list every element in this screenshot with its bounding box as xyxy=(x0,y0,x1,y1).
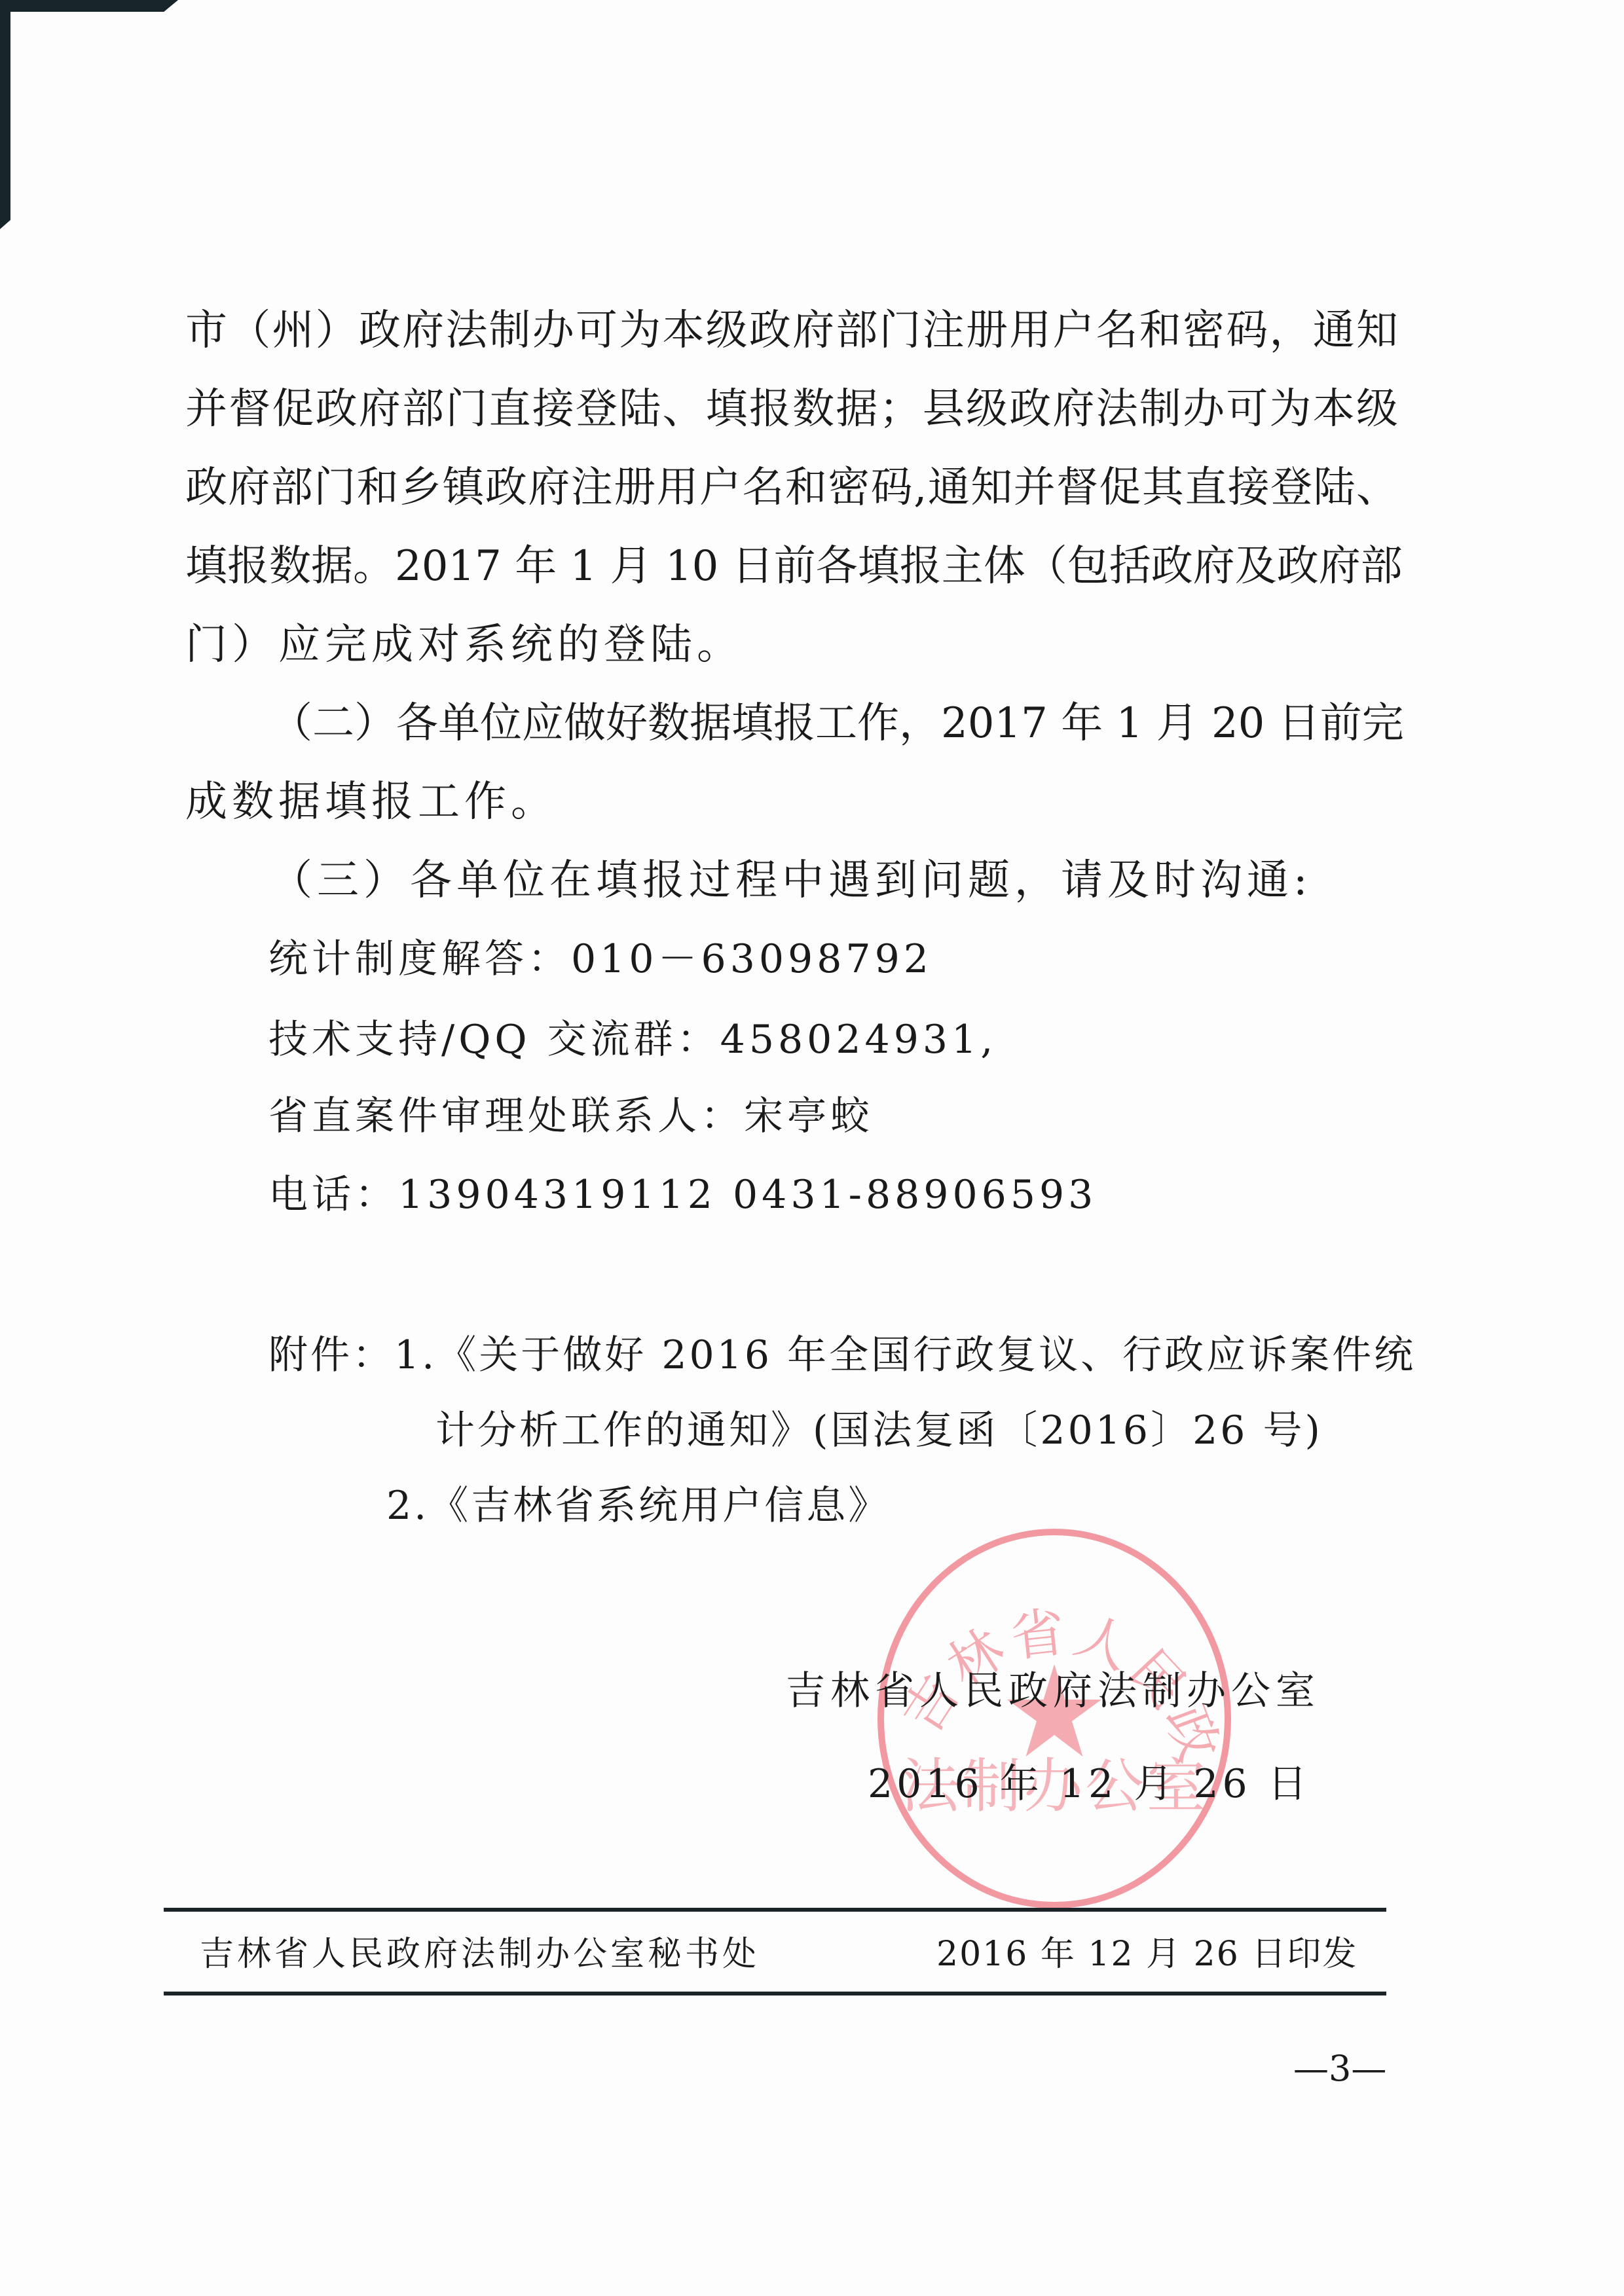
footer-top-rule xyxy=(164,1908,1386,1912)
body-line: 成数据填报工作。 xyxy=(185,776,557,828)
contact-stats-hotline: 统计制度解答：010－63098792 xyxy=(268,933,932,985)
attachment-item-2: 2.《吉林省系统用户信息》 xyxy=(386,1480,890,1532)
body-line: 市（州）政府法制办可为本级政府部门注册用户名和密码，通知 xyxy=(185,304,1398,357)
attachment-item-1: 附件：1.《关于做好 2016 年全国行政复议、行政应诉案件统 xyxy=(268,1329,1416,1381)
footer-issued-date: 2016 年 12 月 26 日印发 xyxy=(936,1928,1357,1980)
paragraph-3: （三）各单位在填报过程中遇到问题，请及时沟通: xyxy=(270,854,1312,907)
scan-edge-top xyxy=(0,0,178,12)
attachments-label: 附件： xyxy=(268,1332,394,1378)
seal-arc-text: 吉林省人民政府 xyxy=(884,1535,1225,1902)
body-line: 并督促政府部门直接登陆、填报数据；县级政府法制办可为本级 xyxy=(185,383,1398,435)
contact-qq-group: 技术支持/QQ 交流群：458024931, xyxy=(268,1013,997,1066)
scan-edge-left xyxy=(0,0,10,229)
body-line: （二）各单位应做好数据填报工作，2017 年 1 月 20 日前完 xyxy=(270,697,1398,750)
signature-org: 吉林省人民政府法制办公室 xyxy=(786,1665,1320,1717)
footer-bottom-rule xyxy=(164,1992,1386,1995)
signature-date: 2016 年 12 月 26 日 xyxy=(868,1758,1311,1810)
page-number: —3— xyxy=(1293,2049,1386,2088)
body-line: 门）应完成对系统的登陆。 xyxy=(185,619,743,671)
contact-person: 省直案件审理处联系人：宋亭蛟 xyxy=(268,1090,874,1142)
body-line: 政府部门和乡镇政府注册用户名和密码,通知并督促其直接登陆、 xyxy=(185,462,1398,514)
attachment-item-1-cont: 计分析工作的通知》(国法复函〔2016〕26 号) xyxy=(435,1404,1323,1457)
body-line: 填报数据。2017 年 1 月 10 日前各填报主体（包括政府及政府部 xyxy=(185,540,1398,592)
footer-issuer: 吉林省人民政府法制办公室秘书处 xyxy=(200,1928,760,1980)
contact-phone: 电话：13904319112 0431-88906593 xyxy=(268,1169,1097,1221)
svg-text:吉林省人民政府: 吉林省人民政府 xyxy=(884,1535,1225,1773)
official-seal: 吉林省人民政府 法制办公室 xyxy=(877,1529,1231,1908)
